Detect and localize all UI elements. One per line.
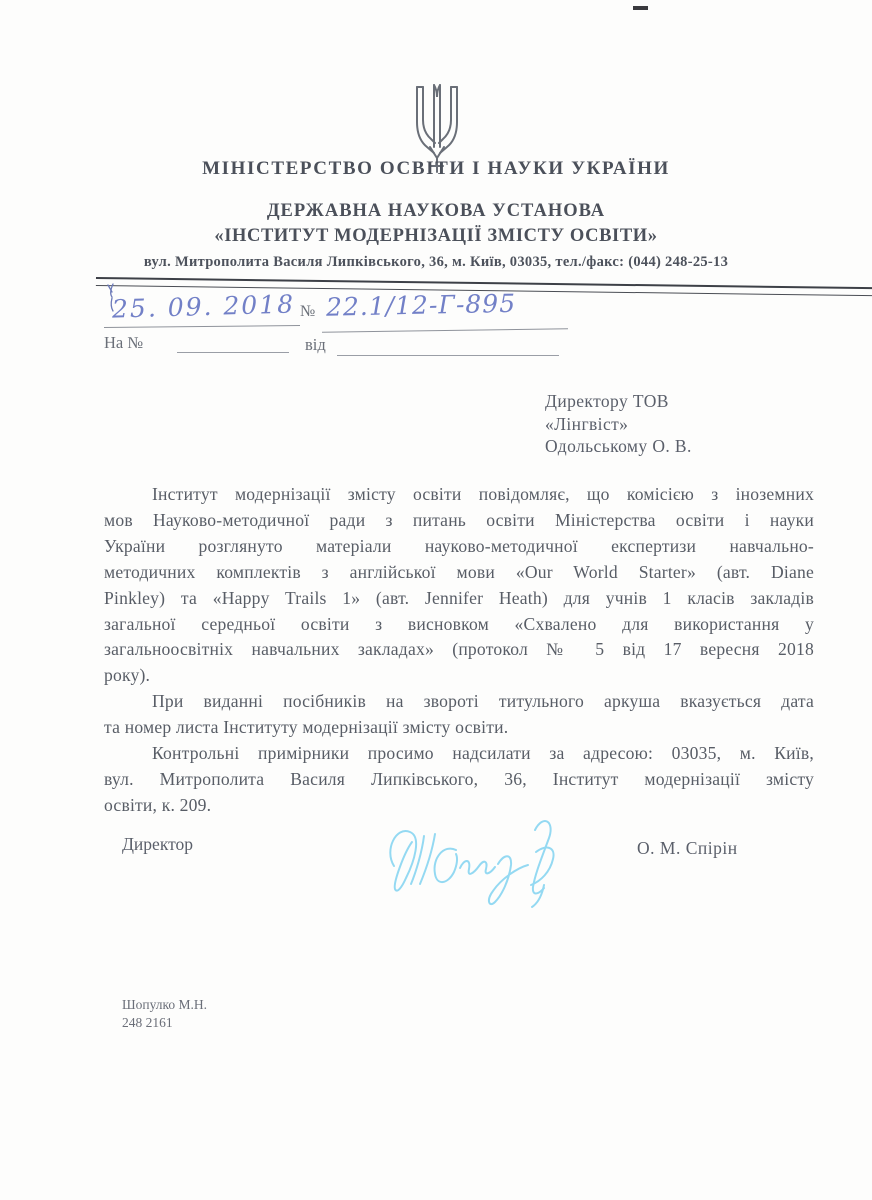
ministry-title: МІНІСТЕРСТВО ОСВІТИ І НАУКИ УКРАЇНИ [0, 158, 872, 180]
number-sign-label: № [300, 303, 315, 321]
body-line: загальної середньої освіти з висновком «… [104, 612, 814, 638]
organization-address: вул. Митрополита Василя Липківського, 36… [0, 254, 872, 271]
body-line: загальноосвітніх навчальних закладах» (п… [104, 637, 814, 663]
body-line: методичних комплектів з англійської мови… [104, 560, 814, 586]
recipient-line: Директору ТОВ [545, 390, 845, 413]
body-line: Контрольні примірники просимо надсилати … [104, 741, 814, 767]
ref-number-underline [322, 328, 568, 332]
body-line: При виданні посібників на звороті титуль… [104, 689, 814, 715]
reply-to-label: На № [104, 333, 143, 353]
recipient-line: «Лінгвіст» [545, 413, 845, 436]
body-line: та номер листа Інституту модернізації зм… [104, 715, 814, 741]
body-line: Pinkley) та «Happy Trails 1» (авт. Jenni… [104, 586, 814, 612]
from-date-label: від [305, 335, 326, 355]
body-line: вул. Митрополита Василя Липківського, 36… [104, 767, 814, 793]
organization-type: ДЕРЖАВНА НАУКОВА УСТАНОВА [0, 201, 872, 222]
signer-title: Директор [122, 834, 193, 855]
handwritten-ref-number: 22.1/12-Г-895 [326, 287, 587, 321]
handwritten-date: 25. 09. 2018 [112, 289, 303, 323]
scanned-letter-page: МІНІСТЕРСТВО ОСВІТИ І НАУКИ УКРАЇНИ ДЕРЖ… [0, 0, 872, 1200]
recipient-block: Директору ТОВ «Лінгвіст» Одольському О. … [545, 390, 845, 458]
handwritten-signature-icon [372, 810, 582, 914]
letter-body: Інститут модернізації змісту освіти пові… [104, 482, 814, 819]
organization-name: «ІНСТИТУТ МОДЕРНІЗАЦІЇ ЗМІСТУ ОСВІТИ» [0, 226, 872, 247]
recipient-line: Одольському О. В. [545, 435, 845, 458]
signer-name: О. М. Спірін [637, 838, 738, 859]
body-line: України розглянуто матеріали науково-мет… [104, 534, 814, 560]
body-line: Інститут модернізації змісту освіти пові… [104, 482, 814, 508]
executor-phone: 248 2161 [122, 1014, 207, 1032]
executor-block: Шопулко М.Н. 248 2161 [122, 996, 207, 1031]
executor-name: Шопулко М.Н. [122, 996, 207, 1014]
scan-artifact-dash [633, 6, 648, 10]
body-line: мов Науково-методичної ради з питань осв… [104, 508, 814, 534]
body-line: року). [104, 663, 814, 689]
from-date-underline [337, 355, 559, 356]
date-underline [104, 325, 300, 328]
reply-to-underline [177, 352, 289, 353]
